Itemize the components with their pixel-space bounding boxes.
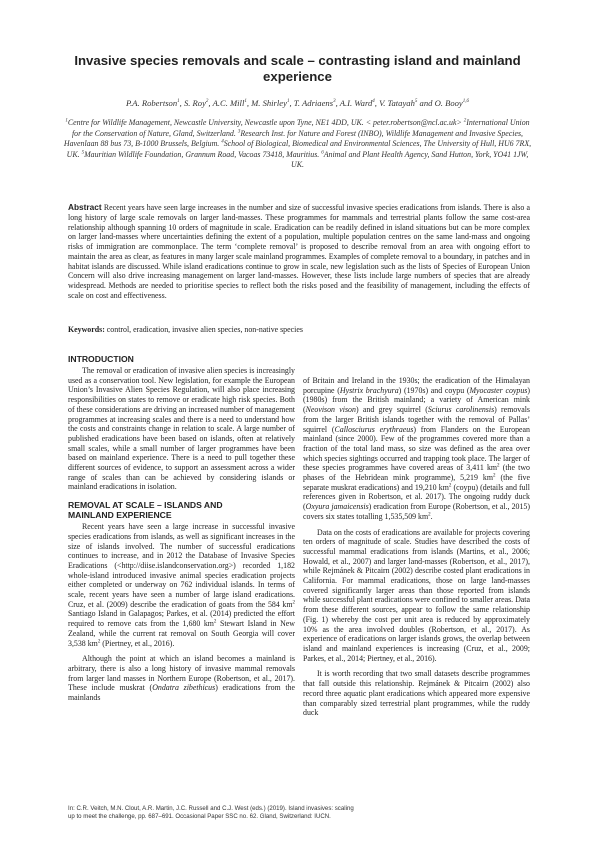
section-heading-removal-at-scale: REMOVAL AT SCALE – ISLANDS AND MAINLAND … (68, 500, 295, 520)
right-column: of Britain and Ireland in the 1930s; the… (303, 376, 530, 718)
abstract-text: Recent years have seen large increases i… (68, 203, 530, 300)
removal-paragraph-2-continued: of Britain and Ireland in the 1930s; the… (303, 376, 530, 522)
author: P.A. Robertson1, (126, 98, 184, 108)
author: S. Roy2, (184, 98, 213, 108)
affiliation: Mauritian Wildlife Foundation, Grannum R… (84, 150, 321, 159)
species-name: Oxyura jamaicensis (306, 502, 369, 511)
author: M. Shirley1, (251, 98, 294, 108)
species-name: Hystrix brachyura (340, 386, 399, 395)
cost-data-paragraph: Data on the costs of eradications are av… (303, 528, 530, 664)
paper-page: Invasive species removals and scale – co… (0, 0, 595, 841)
affiliation: Animal and Plant Health Agency, Sand Hut… (291, 150, 528, 170)
citation-footer: In: C.R. Veitch, M.N. Clout, A.R. Martin… (68, 805, 538, 820)
left-column: INTRODUCTION The removal or eradication … (68, 354, 295, 703)
species-name: Myocaster coypus (469, 386, 527, 395)
removal-paragraph-2: Although the point at which an island be… (68, 654, 295, 703)
species-name: Neovison vison (306, 405, 356, 414)
species-name: Callosciurus erythraeus (334, 425, 413, 434)
paper-title: Invasive species removals and scale – co… (60, 53, 535, 84)
intro-paragraph: The removal or eradication of invasive a… (68, 366, 295, 492)
section-heading-introduction: INTRODUCTION (68, 354, 295, 364)
author-list: P.A. Robertson1, S. Roy2, A.C. Mill1, M.… (60, 98, 535, 108)
author: O. Booy1,6 (435, 98, 469, 108)
keywords-text: control, eradication, invasive alien spe… (105, 325, 303, 334)
outliers-paragraph: It is worth recording that two small dat… (303, 669, 530, 718)
author: T. Adriaens3, (294, 98, 340, 108)
affiliations: 1Centre for Wildlife Management, Newcast… (62, 118, 533, 171)
author: V. Tatayah5 and (379, 98, 435, 108)
affiliation: Centre for Wildlife Management, Newcastl… (68, 118, 464, 127)
species-name: Ondatra zibethicus (152, 683, 215, 692)
author: A.I. Ward4, (340, 98, 379, 108)
removal-paragraph-1: Recent years have seen a large increase … (68, 522, 295, 648)
keywords: Keywords: control, eradication, invasive… (68, 325, 530, 334)
abstract-label: Abstract (68, 202, 102, 212)
keywords-label: Keywords: (68, 325, 105, 334)
abstract: Abstract Recent years have seen large in… (68, 203, 530, 301)
author: A.C. Mill1, (213, 98, 252, 108)
species-name: Sciurus carolinensis (428, 405, 494, 414)
